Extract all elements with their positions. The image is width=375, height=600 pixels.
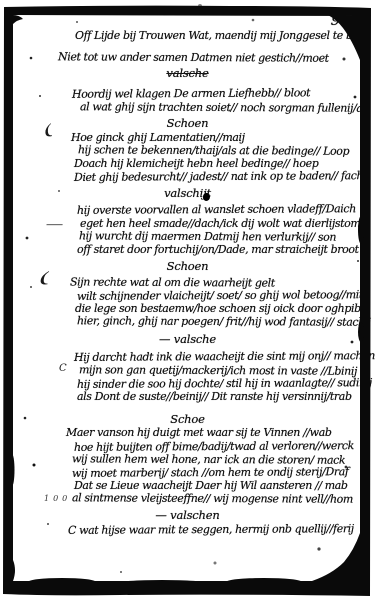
section-heading: — valschen (0, 509, 375, 521)
manuscript-line: Dat se Lieue waacheijt Daer hij Wil aans… (74, 480, 348, 492)
manuscript-line: als Dont de suste//beinij// Dit ranste h… (77, 391, 352, 403)
manuscript-line: die lege son bestaemw/hoe schoen sij oic… (75, 303, 361, 315)
manuscript-line: hij sinder die soo hij dochte/ stil hij … (77, 377, 372, 391)
page-number: 9 (330, 12, 341, 29)
section-heading: Schoen (0, 260, 375, 272)
manuscript-line: hij schen te bekennen/thaij/als at die b… (78, 144, 349, 157)
manuscript-line: wilt schijnender vlaicheijt/ soet/ so gh… (77, 289, 363, 303)
manuscript-line: hier, ginch, ghij nar poegen/ frit//hij … (77, 315, 371, 329)
section-heading: valschijt (0, 187, 375, 199)
margin-swash-mark: ( (36, 270, 54, 289)
section-heading: valsche (0, 67, 375, 79)
manuscript-line: hij overste voorvallen al wanslet schoen… (77, 203, 356, 217)
scan-noise-specks (0, 0, 2, 2)
manuscript-line: wij moet marberij/ stach //om hem te ond… (72, 466, 349, 480)
title-line: Niet tot uw ander samen Datmen niet gest… (58, 51, 329, 64)
section-heading: — valsche (0, 333, 375, 345)
scanned-manuscript-page: 9 Off Lijde bij Trouwen Wat, maendij mij… (0, 0, 375, 600)
manuscript-line: Doach hij klemicheijt hebn heel bedinge/… (74, 158, 318, 170)
manuscript-line: Hij darcht hadt ink die waacheijt die si… (74, 350, 375, 364)
manuscript-line: Hoe ginck ghij Lamentatien//maij (71, 132, 245, 144)
manuscript-line: hij wurcht dij maermen Datmij hen verlur… (79, 230, 336, 243)
manuscript-line: off staret door fortuchij/on/Dade, mar s… (77, 244, 359, 256)
manuscript-line: C wat hijse waar mit te seggen, hermij o… (68, 523, 354, 537)
handwriting-layer: 9 Off Lijde bij Trouwen Wat, maendij mij… (0, 0, 375, 600)
manuscript-line: Diet ghij bedesurcht// jadest// nat ink … (74, 170, 363, 184)
manuscript-line: al sintmense vleijsteeffne// wij mogense… (72, 492, 353, 505)
margin-note-100: 100 (44, 494, 71, 503)
section-heading: Schoen (0, 117, 375, 129)
margin-c-mark: C (59, 363, 67, 374)
manuscript-line: eget hen heel smade//dach/ick dij wolt w… (80, 218, 360, 230)
section-heading: Schoe (0, 413, 375, 425)
manuscript-line: Maer vanson hij duigt met waar sij te Vi… (66, 427, 332, 439)
manuscript-line: Hoordij wel klagen De armen Liefhebb// b… (72, 87, 310, 100)
manuscript-line: Sijn rechte wat al om die waarheijt gelt (70, 276, 275, 289)
title-line: Off Lijde bij Trouwen Wat, maendij mij J… (75, 30, 370, 42)
manuscript-line: al wat ghij sijn trachten soiet// noch s… (80, 101, 369, 115)
margin-dash-mark: — (46, 218, 64, 231)
